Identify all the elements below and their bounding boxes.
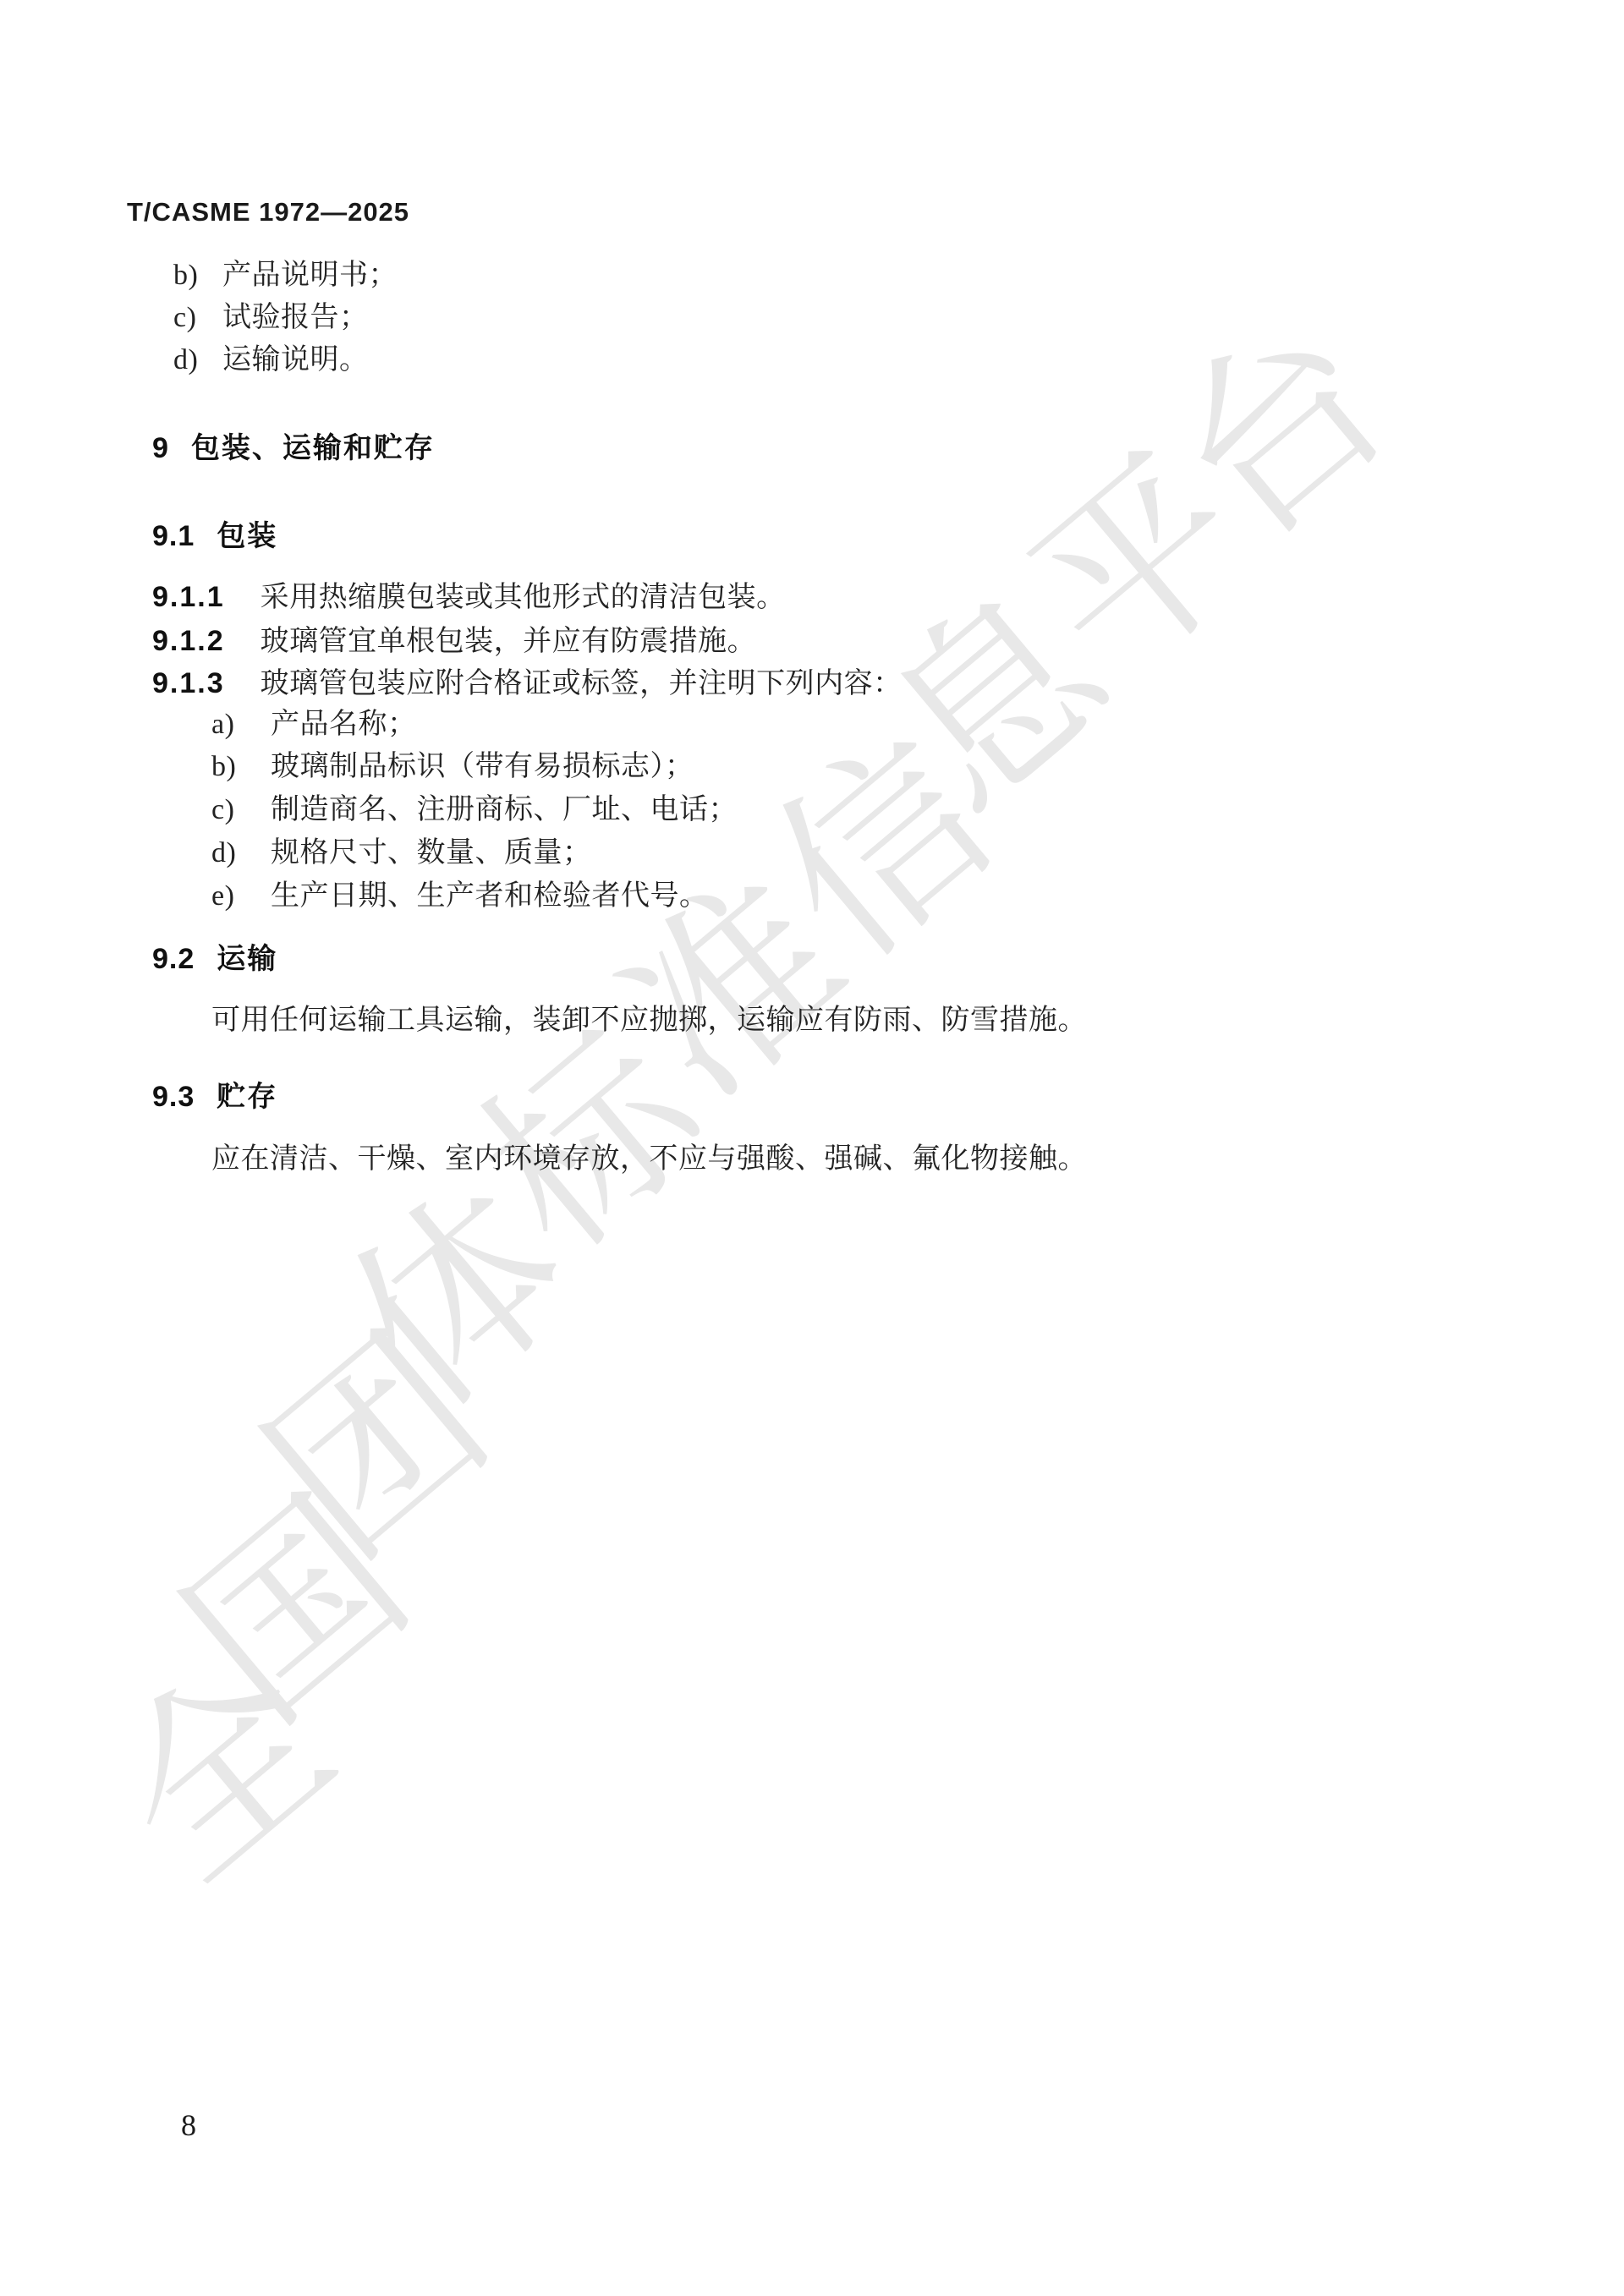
list-item-label: d) [211, 836, 271, 871]
document-page: 全 国 团 体 标 准 信 息 平 台 T/CASME 1972—2025 b)… [0, 0, 1624, 2296]
section-heading-9-2: 9.2运输 [152, 942, 277, 977]
list-item-label: e) [211, 879, 271, 914]
clause-9-1-1: 9.1.1采用热缩膜包装或其他形式的清洁包装。 [152, 580, 786, 616]
list-item-text: 生产日期、生产者和检验者代号。 [271, 880, 709, 912]
section-title: 运输 [217, 943, 277, 975]
list-item-label: b) [211, 750, 271, 785]
list-item: d)规格尺寸、数量、质量； [211, 836, 592, 871]
list-item: c)制造商名、注册商标、厂址、电话； [211, 793, 738, 828]
list-item: b)产品说明书； [173, 259, 398, 293]
list-item: d)运输说明。 [173, 343, 369, 378]
list-item-label: c) [173, 301, 222, 336]
clause-text: 玻璃管包装应附合格证或标签，并注明下列内容： [261, 668, 903, 699]
clause-number: 9.1.3 [152, 666, 225, 701]
section-title: 包装、运输和贮存 [191, 432, 435, 464]
list-item-text: 产品名称； [271, 709, 417, 740]
clause-number: 9.1.2 [152, 624, 225, 659]
clause-9-1-2: 9.1.2玻璃管宜单根包装，并应有防震措施。 [152, 624, 756, 660]
list-item-label: b) [173, 259, 222, 293]
list-item: b)玻璃制品标识（带有易损标志）； [211, 750, 694, 785]
list-item-label: a) [211, 708, 271, 743]
list-item: c)试验报告； [173, 301, 369, 336]
clause-text: 玻璃管宜单根包装，并应有防震措施。 [261, 626, 757, 657]
clause-number: 9.1.1 [152, 580, 225, 615]
list-item-text: 运输说明。 [222, 344, 369, 375]
clause-9-1-3: 9.1.3玻璃管包装应附合格证或标签，并注明下列内容： [152, 666, 903, 702]
list-item-text: 玻璃制品标识（带有易损标志）； [271, 751, 694, 782]
section-heading-9-1: 9.1包装 [152, 519, 277, 554]
section-number: 9.1 [152, 519, 195, 554]
section-number: 9.2 [152, 942, 195, 977]
section-heading-9-3: 9.3贮存 [152, 1080, 277, 1115]
section-number: 9 [152, 431, 169, 466]
list-item-label: c) [211, 793, 271, 828]
paragraph-9-3: 应在清洁、干燥、室内环境存放，不应与强酸、强碱、氟化物接触。 [211, 1143, 1087, 1177]
section-heading-9: 9包装、运输和贮存 [152, 431, 435, 466]
list-item: e)生产日期、生产者和检验者代号。 [211, 879, 709, 914]
clause-text: 采用热缩膜包装或其他形式的清洁包装。 [261, 582, 786, 613]
list-item-text: 试验报告； [222, 302, 369, 333]
list-item-text: 规格尺寸、数量、质量； [271, 837, 592, 869]
list-item-text: 产品说明书； [222, 260, 398, 291]
page-number: 8 [181, 2107, 197, 2144]
list-item: a)产品名称； [211, 708, 417, 743]
section-number: 9.3 [152, 1080, 195, 1115]
section-title: 贮存 [217, 1081, 277, 1113]
list-item-text: 制造商名、注册商标、厂址、电话； [271, 794, 738, 825]
running-header: T/CASME 1972—2025 [127, 196, 409, 227]
list-item-label: d) [173, 343, 222, 378]
section-title: 包装 [217, 520, 277, 552]
paragraph-9-2: 可用任何运输工具运输，装卸不应抛掷，运输应有防雨、防雪措施。 [211, 1004, 1087, 1038]
